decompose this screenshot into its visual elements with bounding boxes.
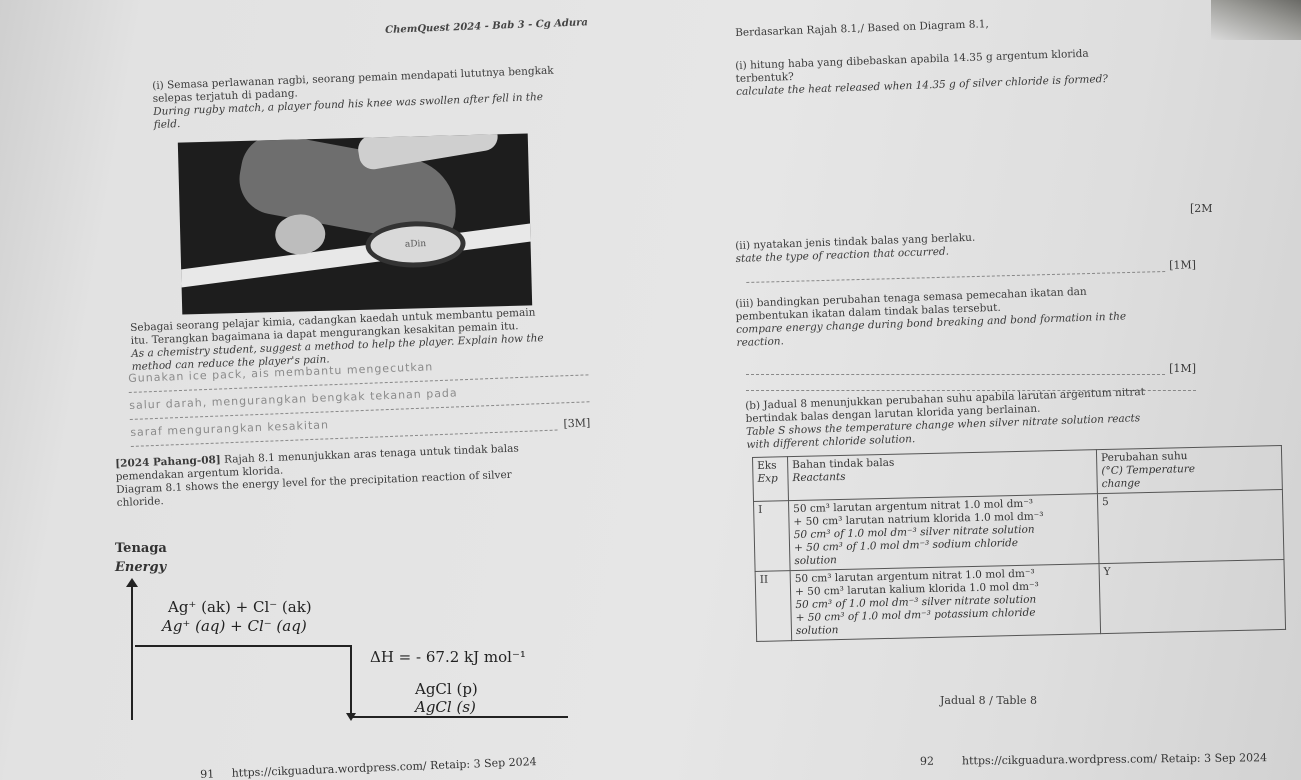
question-i-right: (i) hitung haba yang dibebaskan apabila … — [735, 45, 1176, 99]
header-reactants: Bahan tindak balas Reactants — [788, 450, 1098, 501]
reactants-malay: Ag⁺ (ak) + Cl⁻ (ak) — [168, 598, 312, 616]
cell-reactants: 50 cm³ larutan argentum nitrat 1.0 mol d… — [790, 564, 1101, 641]
rugby-player-illustration: aDin — [178, 133, 532, 314]
energy-axis — [131, 585, 133, 720]
reactants-english: Ag⁺ (aq) + Cl⁻ (aq) — [162, 617, 307, 635]
cell-temp-change: Y — [1099, 559, 1286, 633]
question-b: (b) Jadual 8 menunjukkan perubahan suhu … — [745, 383, 1247, 452]
delta-h-value: ΔH = - 67.2 kJ mol⁻¹ — [370, 648, 526, 666]
table-row: I 50 cm³ larutan argentum nitrat 1.0 mol… — [754, 489, 1284, 571]
right-footer-url[interactable]: https://cikguadura.wordpress.com/ Retaip… — [962, 751, 1267, 767]
table-row: II 50 cm³ larutan argentum nitrat 1.0 mo… — [755, 559, 1285, 641]
header-exp: Eks Exp — [753, 457, 789, 502]
enthalpy-drop-line — [350, 645, 352, 715]
question-8-intro: [2024 Pahang-08] Rajah 8.1 menunjukkan a… — [115, 440, 587, 510]
y-label-malay: Tenaga — [115, 541, 167, 556]
left-footer-url[interactable]: https://cikguadura.wordpress.com/ Retaip… — [231, 755, 536, 780]
cell-exp: II — [755, 571, 792, 642]
q-iii-marks: [1M] — [1169, 362, 1196, 375]
marks-2m: [2M — [1190, 202, 1213, 215]
cell-reactants: 50 cm³ larutan argentum nitrat 1.0 mol d… — [789, 494, 1100, 571]
player-head — [275, 214, 326, 255]
product-malay: AgCl (p) — [415, 680, 478, 698]
reactant-level-line — [135, 645, 351, 647]
q-iii-answer-line[interactable] — [746, 374, 1165, 375]
ball-label: aDin — [405, 239, 427, 250]
page-number-91: 91 — [200, 767, 214, 780]
table-caption: Jadual 8 / Table 8 — [940, 694, 1037, 707]
question-iii: (iii) bandingkan perubahan tenaga semasa… — [735, 282, 1207, 350]
question-i-left: (i) Semasa perlawanan ragbi, seorang pem… — [152, 63, 594, 132]
marks-3m: [3M] — [563, 416, 590, 430]
cell-exp: I — [754, 501, 791, 572]
header-temperature: Perubahan suhu (°C) Temperature change — [1096, 445, 1282, 493]
table-8: Eks Exp Bahan tindak balas Reactants Per… — [752, 445, 1286, 642]
document-page-spread: ChemQuest 2024 - Bab 3 - Cg Adura (i) Se… — [0, 0, 1301, 780]
q-iii-answer-row[interactable]: [1M] — [746, 362, 1196, 375]
product-english: AgCl (s) — [415, 698, 476, 716]
q-ii-marks: [1M] — [1169, 258, 1196, 272]
q-ii-answer-line[interactable] — [746, 271, 1165, 283]
right-footer: 92 https://cikguadura.wordpress.com/ Ret… — [920, 751, 1267, 768]
based-on-diagram: Berdasarkan Rajah 8.1,/ Based on Diagram… — [735, 12, 1155, 40]
page-edge-shadow — [1211, 0, 1301, 40]
product-level-line — [350, 716, 568, 718]
y-label-english: Energy — [115, 560, 166, 575]
cell-temp-change: 5 — [1097, 489, 1284, 563]
left-footer: 91 https://cikguadura.wordpress.com/ Ret… — [200, 755, 537, 780]
field-line — [178, 221, 532, 288]
page-number-92: 92 — [920, 755, 934, 768]
chapter-header: ChemQuest 2024 - Bab 3 - Cg Adura — [385, 17, 588, 36]
